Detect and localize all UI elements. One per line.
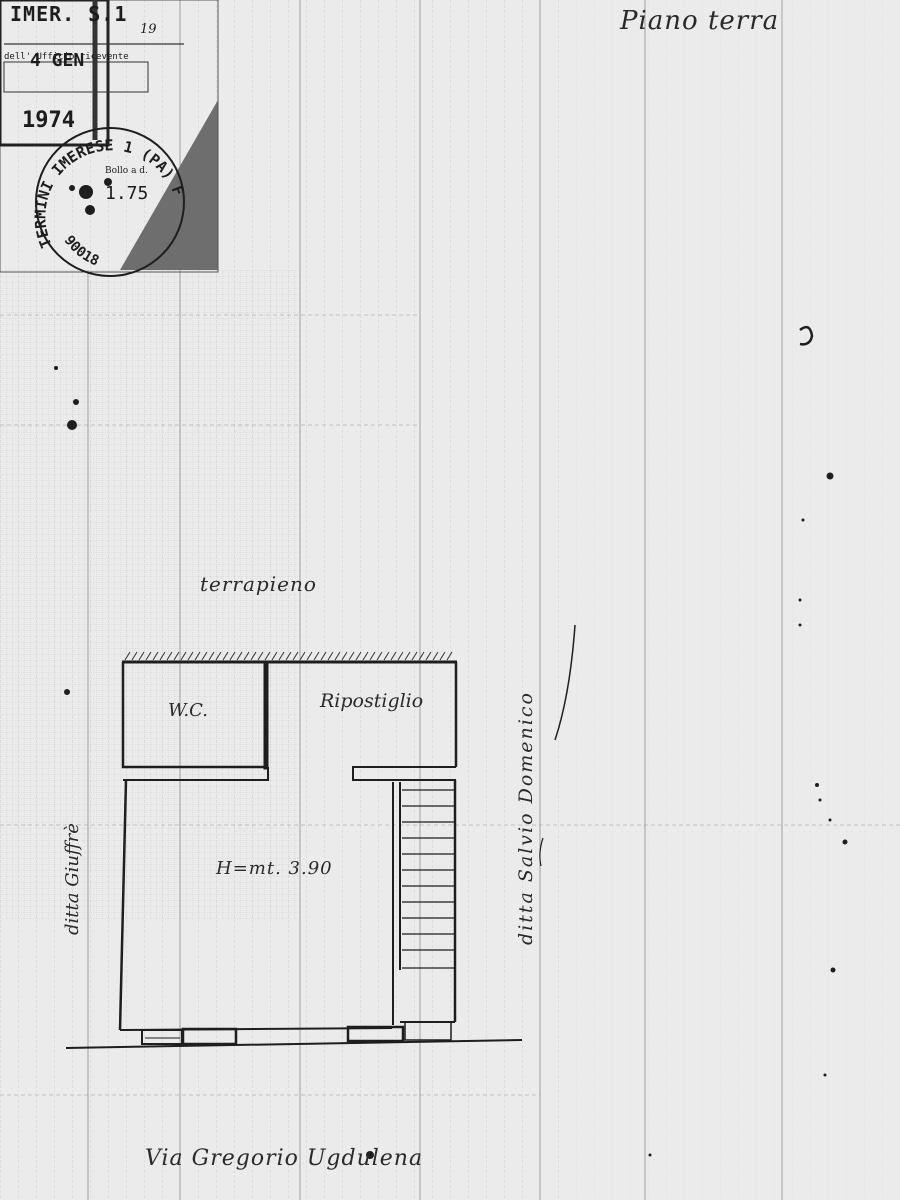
svg-text:TERMINI IMERESE 1 (PA) F: TERMINI IMERESE 1 (PA) F [31,136,187,250]
revenue-stamp: IMER. S.1 19 dell' Ufficio ricevente 4 G… [0,0,220,275]
postmark-ring-text: TERMINI IMERESE 1 (PA) F 90018 [0,0,220,275]
room-label-wc: W.C. [168,700,208,721]
owner-right-label: ditta Salvio Domenico [515,691,537,945]
svg-text:90018: 90018 [61,233,102,270]
room-label-ripostiglio: Ripostiglio [320,690,423,712]
floor-plan-sheet: IMER. S.1 19 dell' Ufficio ricevente 4 G… [0,0,900,1200]
owner-left-label: ditta Giuffrè [62,823,83,935]
floor-title: Piano terra [620,6,779,36]
label-terrapieno: terrapieno [200,572,317,596]
room-height-label: H=mt. 3.90 [216,858,333,879]
street-label: Via Gregorio Ugdulena [145,1146,423,1171]
